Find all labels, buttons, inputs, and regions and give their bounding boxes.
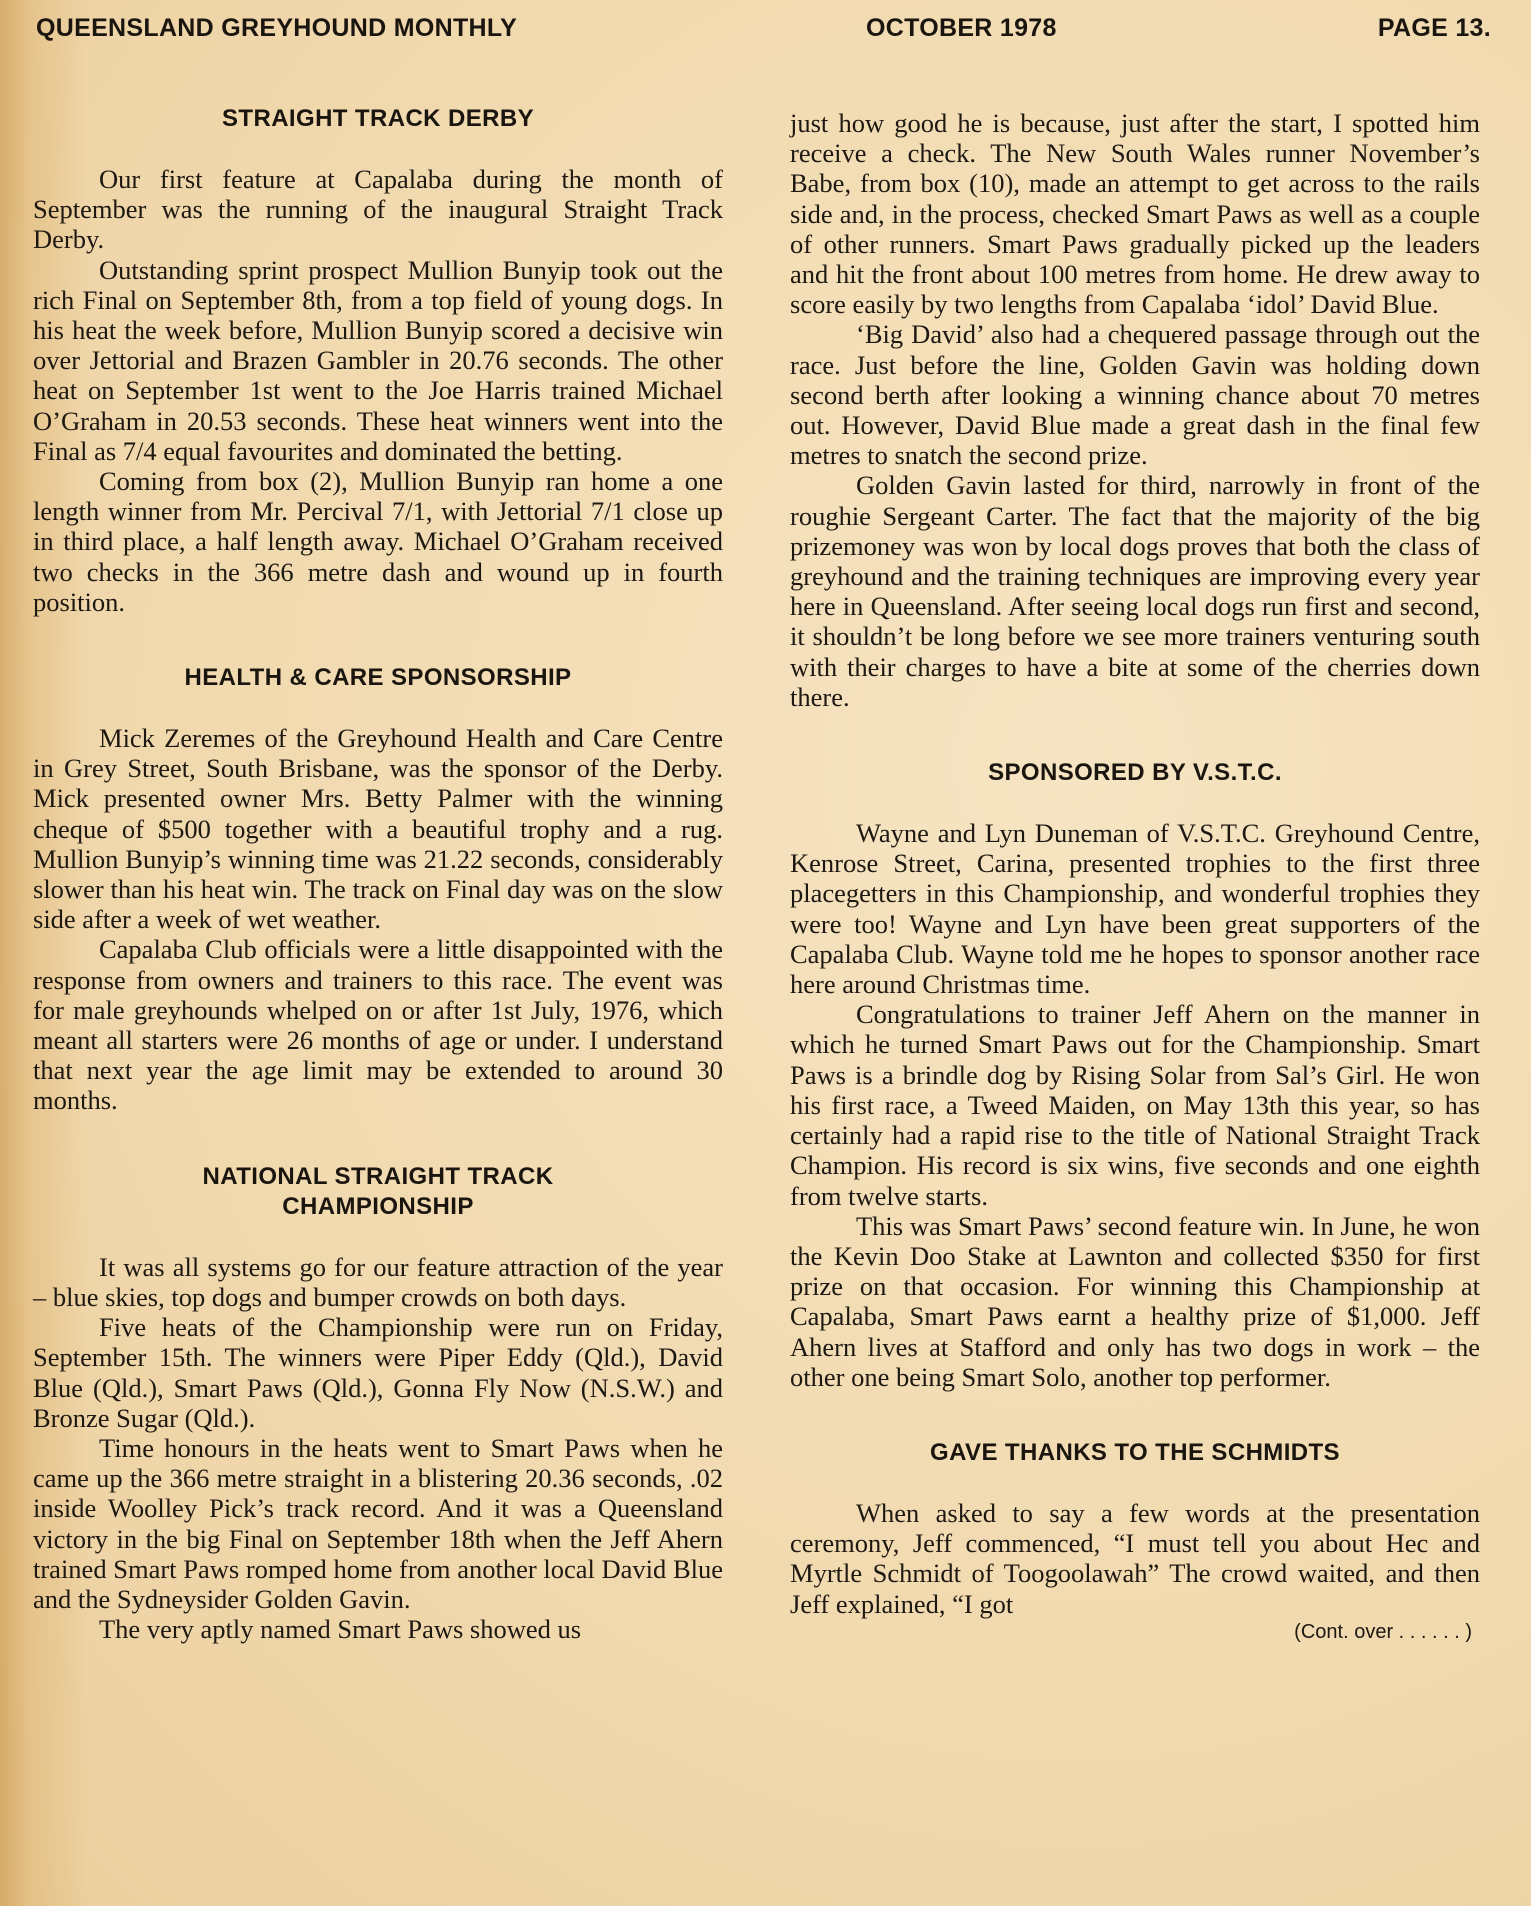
paragraph: Five heats of the Championship were run … — [33, 1312, 723, 1433]
heading-line: CHAMPIONSHIP — [282, 1193, 473, 1220]
paragraph: Our first feature at Capalaba during the… — [33, 164, 723, 255]
masthead: QUEENSLAND GREYHOUND MONTHLY OCTOBER 197… — [36, 14, 1491, 48]
paragraph: ‘Big David’ also had a chequered passage… — [790, 319, 1480, 470]
magazine-page: QUEENSLAND GREYHOUND MONTHLY OCTOBER 197… — [0, 0, 1531, 1906]
section-heading: STRAIGHT TRACK DERBY — [33, 104, 723, 134]
article-sponsored-by-vstc: SPONSORED BY V.S.T.C. Wayne and Lyn Dune… — [790, 758, 1480, 1392]
heading-line: NATIONAL STRAIGHT TRACK — [203, 1163, 554, 1190]
right-column: just how good he is because, just after … — [790, 108, 1480, 1644]
section-heading: SPONSORED BY V.S.T.C. — [790, 758, 1480, 788]
article-continuation: just how good he is because, just after … — [790, 108, 1480, 712]
page-number: PAGE 13. — [1378, 14, 1491, 43]
publication-title: QUEENSLAND GREYHOUND MONTHLY — [36, 14, 517, 43]
paragraph: Capalaba Club officials were a little di… — [33, 934, 723, 1115]
issue-date: OCTOBER 1978 — [866, 14, 1057, 43]
paragraph: just how good he is because, just after … — [790, 108, 1480, 319]
section-heading: NATIONAL STRAIGHT TRACK CHAMPIONSHIP — [33, 1162, 723, 1222]
article-health-care-sponsorship: HEALTH & CARE SPONSORSHIP Mick Zeremes o… — [33, 663, 723, 1116]
section-heading: GAVE THANKS TO THE SCHMIDTS — [790, 1438, 1480, 1468]
continued-note: (Cont. over . . . . . . ) — [790, 1621, 1480, 1644]
paragraph: Outstanding sprint prospect Mullion Buny… — [33, 255, 723, 466]
paragraph: Mick Zeremes of the Greyhound Health and… — [33, 723, 723, 934]
paragraph: Golden Gavin lasted for third, narrowly … — [790, 470, 1480, 712]
paragraph: Time honours in the heats went to Smart … — [33, 1433, 723, 1614]
paragraph: Wayne and Lyn Duneman of V.S.T.C. Greyho… — [790, 818, 1480, 999]
paragraph: This was Smart Paws’ second feature win.… — [790, 1211, 1480, 1392]
paragraph: It was all systems go for our feature at… — [33, 1252, 723, 1312]
paragraph: Coming from box (2), Mullion Bunyip ran … — [33, 466, 723, 617]
section-heading: HEALTH & CARE SPONSORSHIP — [33, 663, 723, 693]
paragraph: When asked to say a few words at the pre… — [790, 1498, 1480, 1619]
article-straight-track-derby: STRAIGHT TRACK DERBY Our first feature a… — [33, 104, 723, 617]
article-gave-thanks-to-the-schmidts: GAVE THANKS TO THE SCHMIDTS When asked t… — [790, 1438, 1480, 1644]
paragraph: The very aptly named Smart Paws showed u… — [33, 1614, 723, 1644]
article-national-straight-track-championship: NATIONAL STRAIGHT TRACK CHAMPIONSHIP It … — [33, 1162, 723, 1645]
paragraph: Congratulations to trainer Jeff Ahern on… — [790, 999, 1480, 1210]
left-column: STRAIGHT TRACK DERBY Our first feature a… — [33, 104, 723, 1644]
